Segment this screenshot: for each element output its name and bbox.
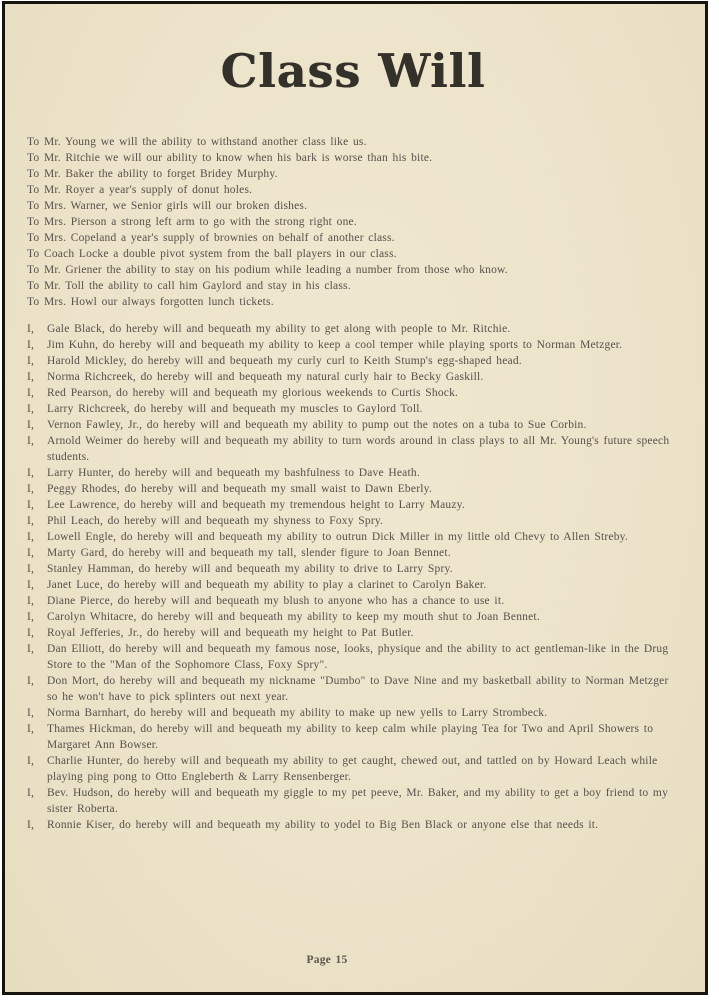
faculty-bequest-line: To Mrs. Warner, we Senior girls will our…: [27, 198, 679, 214]
will-text: Marty Gard, do hereby will and bequeath …: [47, 545, 679, 561]
page-footer: Page 15: [2, 952, 677, 968]
faculty-bequest-line: To Coach Locke a double pivot system fro…: [27, 246, 679, 262]
will-prefix: I,: [27, 817, 47, 833]
will-prefix: I,: [27, 481, 47, 497]
will-prefix: I,: [27, 321, 47, 337]
student-will-item: I, Larry Richcreek, do hereby will and b…: [27, 401, 679, 417]
will-prefix: I,: [27, 353, 47, 369]
student-will-item: I, Bev. Hudson, do hereby will and beque…: [27, 785, 679, 817]
will-prefix: I,: [27, 625, 47, 641]
student-will-item: I, Phil Leach, do hereby will and bequea…: [27, 513, 679, 529]
faculty-bequest-line: To Mr. Baker the ability to forget Bride…: [27, 166, 679, 182]
will-text: Ronnie Kiser, do hereby will and bequeat…: [47, 817, 679, 833]
will-prefix: I,: [27, 785, 47, 801]
will-text: Phil Leach, do hereby will and bequeath …: [47, 513, 679, 529]
faculty-bequest-line: To Mr. Griener the ability to stay on hi…: [27, 262, 679, 278]
student-will-item: I, Jim Kuhn, do hereby will and bequeath…: [27, 337, 679, 353]
student-will-item: I, Harold Mickley, do hereby will and be…: [27, 353, 679, 369]
will-text: Janet Luce, do hereby will and bequeath …: [47, 577, 679, 593]
student-will-item: I, Charlie Hunter, do hereby will and be…: [27, 753, 679, 785]
will-prefix: I,: [27, 721, 47, 737]
will-text: Vernon Fawley, Jr., do hereby will and b…: [47, 417, 679, 433]
will-prefix: I,: [27, 337, 47, 353]
will-prefix: I,: [27, 753, 47, 769]
student-will-item: I, Janet Luce, do hereby will and bequea…: [27, 577, 679, 593]
student-will-item: I, Thames Hickman, do hereby will and be…: [27, 721, 679, 753]
student-will-item: I, Lowell Engle, do hereby will and bequ…: [27, 529, 679, 545]
page-content: Class Will To Mr. Young we will the abil…: [5, 44, 705, 833]
will-prefix: I,: [27, 401, 47, 417]
will-prefix: I,: [27, 369, 47, 385]
will-prefix: I,: [27, 609, 47, 625]
will-prefix: I,: [27, 417, 47, 433]
will-text: Stanley Hamman, do hereby will and beque…: [47, 561, 679, 577]
will-prefix: I,: [27, 529, 47, 545]
faculty-bequest-line: To Mrs. Pierson a strong left arm to go …: [27, 214, 679, 230]
faculty-bequests-list: To Mr. Young we will the ability to with…: [27, 134, 679, 310]
will-prefix: I,: [27, 385, 47, 401]
will-text: Peggy Rhodes, do hereby will and bequeat…: [47, 481, 679, 497]
will-text: Arnold Weimer do hereby will and bequeat…: [47, 433, 679, 465]
will-text: Larry Hunter, do hereby will and bequeat…: [47, 465, 679, 481]
will-prefix: I,: [27, 577, 47, 593]
student-will-item: I, Diane Pierce, do hereby will and bequ…: [27, 593, 679, 609]
student-will-item: I, Norma Barnhart, do hereby will and be…: [27, 705, 679, 721]
student-wills-list: I, Gale Black, do hereby will and bequea…: [27, 321, 679, 833]
student-will-item: I, Royal Jefferies, Jr., do hereby will …: [27, 625, 679, 641]
student-will-item: I, Arnold Weimer do hereby will and bequ…: [27, 433, 679, 465]
student-will-item: I, Stanley Hamman, do hereby will and be…: [27, 561, 679, 577]
will-text: Larry Richcreek, do hereby will and bequ…: [47, 401, 679, 417]
will-prefix: I,: [27, 593, 47, 609]
will-prefix: I,: [27, 673, 47, 689]
will-text: Jim Kuhn, do hereby will and bequeath my…: [47, 337, 679, 353]
will-text: Royal Jefferies, Jr., do hereby will and…: [47, 625, 679, 641]
faculty-bequest-line: To Mr. Royer a year's supply of donut ho…: [27, 182, 679, 198]
will-prefix: I,: [27, 433, 47, 449]
will-text: Red Pearson, do hereby will and bequeath…: [47, 385, 679, 401]
will-text: Charlie Hunter, do hereby will and beque…: [47, 753, 679, 785]
will-text: Lee Lawrence, do hereby will and bequeat…: [47, 497, 679, 513]
faculty-bequest-line: To Mr. Young we will the ability to with…: [27, 134, 679, 150]
will-text: Dan Elliott, do hereby will and bequeath…: [47, 641, 679, 673]
will-prefix: I,: [27, 465, 47, 481]
class-will-title: Class Will: [27, 44, 679, 98]
will-text: Thames Hickman, do hereby will and beque…: [47, 721, 679, 753]
will-text: Gale Black, do hereby will and bequeath …: [47, 321, 679, 337]
will-text: Norma Richcreek, do hereby will and bequ…: [47, 369, 679, 385]
student-will-item: I, Gale Black, do hereby will and bequea…: [27, 321, 679, 337]
will-prefix: I,: [27, 513, 47, 529]
faculty-bequest-line: To Mrs. Howl our always forgotten lunch …: [27, 294, 679, 310]
student-will-item: I, Marty Gard, do hereby will and bequea…: [27, 545, 679, 561]
student-will-item: I, Vernon Fawley, Jr., do hereby will an…: [27, 417, 679, 433]
will-text: Carolyn Whitacre, do hereby will and beq…: [47, 609, 679, 625]
will-text: Harold Mickley, do hereby will and beque…: [47, 353, 679, 369]
faculty-bequest-line: To Mr. Ritchie we will our ability to kn…: [27, 150, 679, 166]
faculty-bequest-line: To Mrs. Copeland a year's supply of brow…: [27, 230, 679, 246]
will-prefix: I,: [27, 561, 47, 577]
student-will-item: I, Dan Elliott, do hereby will and beque…: [27, 641, 679, 673]
will-text: Lowell Engle, do hereby will and bequeat…: [47, 529, 679, 545]
student-will-item: I, Larry Hunter, do hereby will and bequ…: [27, 465, 679, 481]
student-will-item: I, Ronnie Kiser, do hereby will and bequ…: [27, 817, 679, 833]
will-text: Norma Barnhart, do hereby will and beque…: [47, 705, 679, 721]
will-prefix: I,: [27, 545, 47, 561]
student-will-item: I, Carolyn Whitacre, do hereby will and …: [27, 609, 679, 625]
will-prefix: I,: [27, 705, 47, 721]
will-text: Bev. Hudson, do hereby will and bequeath…: [47, 785, 679, 817]
student-will-item: I, Don Mort, do hereby will and bequeath…: [27, 673, 679, 705]
will-prefix: I,: [27, 641, 47, 657]
student-will-item: I, Red Pearson, do hereby will and beque…: [27, 385, 679, 401]
will-text: Diane Pierce, do hereby will and bequeat…: [47, 593, 679, 609]
student-will-item: I, Lee Lawrence, do hereby will and bequ…: [27, 497, 679, 513]
student-will-item: I, Norma Richcreek, do hereby will and b…: [27, 369, 679, 385]
faculty-bequest-line: To Mr. Toll the ability to call him Gayl…: [27, 278, 679, 294]
will-prefix: I,: [27, 497, 47, 513]
will-text: Don Mort, do hereby will and bequeath my…: [47, 673, 679, 705]
student-will-item: I, Peggy Rhodes, do hereby will and bequ…: [27, 481, 679, 497]
page-sheet: Class Will To Mr. Young we will the abil…: [2, 1, 708, 995]
